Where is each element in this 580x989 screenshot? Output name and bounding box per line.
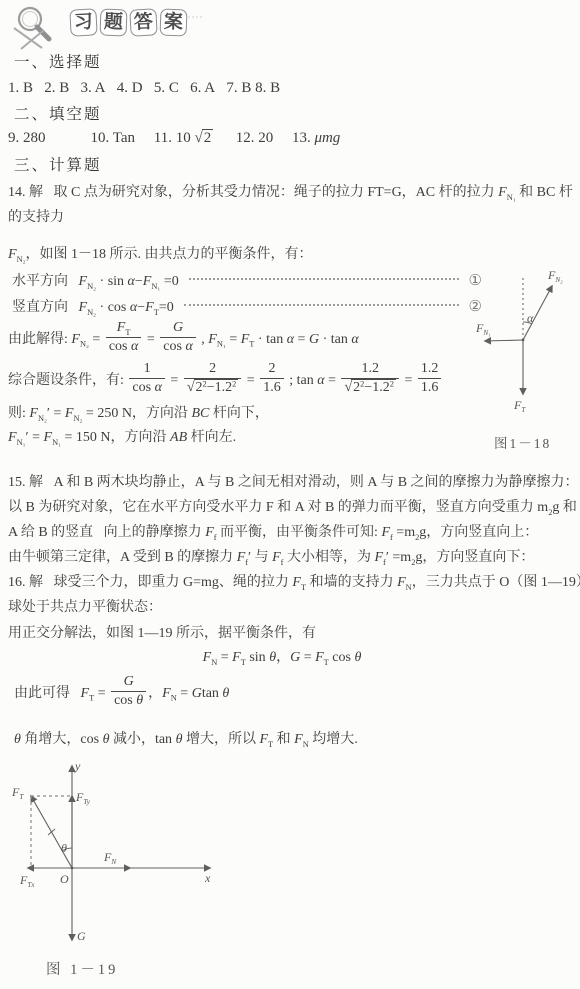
figure-1-19: y FT FTy θ FN x FTx O G xyxy=(8,760,238,956)
page-header: 习题答案 '''' xyxy=(0,0,580,56)
fig18-label-alpha: α xyxy=(527,312,533,324)
fig19-label-fn: FN xyxy=(104,851,116,863)
fig19-label-ftx: FTx xyxy=(20,874,35,886)
fig19-label-x: x xyxy=(205,872,210,884)
equation-body: 水平方向 FN₂ · sin α−FN₁ =0 xyxy=(12,273,179,291)
fig18-label-fn2: FN₂ xyxy=(548,269,563,281)
p14-result-line-2: FN₁′ = FN₁ = 150 N，方向沿 AB 杆向左. xyxy=(8,429,236,447)
fig19-caption: 图 1－19 xyxy=(46,961,118,979)
title-char-box: 案 xyxy=(160,9,188,37)
equation-body: 竖直方向 FN₂ · cos α−FT=0 xyxy=(12,299,174,317)
answer-sheet-page: 习题答案 '''' 一、选择题 1. B 2. B 3. A 4. D 5. C… xyxy=(0,0,580,989)
p16-line-3: 用正交分解法，如图 1—19 所示，据平衡条件，有 xyxy=(8,625,316,643)
fig19-label-ft: FT xyxy=(12,786,23,798)
p15-line-1: 15. 解 A 和 B 两木块均静止，A 与 B 之间无相对滑动，则 A 与 B… xyxy=(8,474,579,492)
fig19-label-g: G xyxy=(77,930,86,942)
p14-solve-line: 由此解得: FN₂ = FTcos α = Gcos α , FN₁ = FT … xyxy=(8,322,359,357)
choice-answers-line: 1. B 2. B 3. A 4. D 5. C 6. A 7. B 8. B xyxy=(8,79,280,98)
p14-line-2: 的支持力 xyxy=(8,209,64,227)
section-heading-blank: 二、填空题 xyxy=(14,105,102,124)
magnifier-icon xyxy=(6,4,66,52)
force-diagram-1-19 xyxy=(8,760,238,956)
fig18-label-ft: FT xyxy=(514,399,525,411)
dotted-leader xyxy=(184,304,459,306)
p16-centered-equation: FN = FT sin θ，G = FT cos θ xyxy=(12,649,552,667)
p14-condition-line: 综合题设条件，有: 1cos α = 2√22−1.22 = 21.6 ; ta… xyxy=(8,363,443,398)
fig19-label-origin: O xyxy=(60,873,69,885)
dotted-leader xyxy=(189,278,459,280)
title-char-box: 习 xyxy=(69,8,97,36)
section-heading-calc: 三、计算题 xyxy=(14,156,102,175)
blank-answers-line: 9. 280 10. Tan 11. 10 √2 12. 20 13. μmg xyxy=(8,129,340,148)
fig18-label-fn1: FN₁ xyxy=(476,322,491,334)
force-diagram-1-18 xyxy=(460,266,580,458)
section-heading-choice: 一、选择题 xyxy=(14,53,102,72)
page-title: 习题答案 xyxy=(70,9,190,36)
p14-equation-1: 水平方向 FN₂ · sin α−FN₁ =0 ① xyxy=(12,272,482,291)
fig19-label-theta: θ xyxy=(61,842,67,854)
figure-1-18: FN₂ α FN₁ FT 图1－18 xyxy=(460,266,580,458)
fig19-label-y: y xyxy=(75,760,80,772)
fig19-label-fty: FTy xyxy=(76,791,90,803)
p14-line-3: FN₂，如图 1－18 所示. 由共点力的平衡条件，有： xyxy=(8,246,313,264)
p16-line-1: 16. 解 球受三个力，即重力 G=mg、绳的拉力 FT 和墙的支持力 FN，三… xyxy=(8,574,580,592)
fig18-caption: 图1－18 xyxy=(494,432,551,452)
p15-line-4: 由牛顿第三定律，A 受到 B 的摩擦力 Ff′ 与 Ff 大小相等，为 Ff′ … xyxy=(8,549,534,567)
p15-line-3: A 给 B 的竖直 向上的静摩擦力 Ff 而平衡，由平衡条件可知: Ff =m2… xyxy=(8,524,538,542)
p14-line-1: 14. 解 取 C 点为研究对象，分析其受力情况：绳子的拉力 FT=G，AC 杆… xyxy=(8,184,573,202)
p16-derive-line: 由此可得 FT = Gcos θ，FN = Gtan θ xyxy=(14,676,229,711)
p16-line-2: 球处于共点力平衡状态： xyxy=(8,599,162,617)
p15-line-2: 以 B 为研究对象，它在水平方向受水平力 F 和 A 对 B 的弹力而平衡，竖直… xyxy=(8,499,577,517)
p14-equation-2: 竖直方向 FN₂ · cos α−FT=0 ② xyxy=(12,298,482,317)
p16-conclusion-line: θ 角增大，cos θ 减小，tan θ 增大，所以 FT 和 FN 均增大. xyxy=(14,731,358,749)
decorative-ticks: '''' xyxy=(188,14,204,26)
p14-result-line-1: 则: FN₂′ = FN₂ = 250 N，方向沿 BC 杆向下， xyxy=(8,405,269,423)
title-char-box: 答 xyxy=(129,8,157,36)
title-char-box: 题 xyxy=(100,9,128,37)
